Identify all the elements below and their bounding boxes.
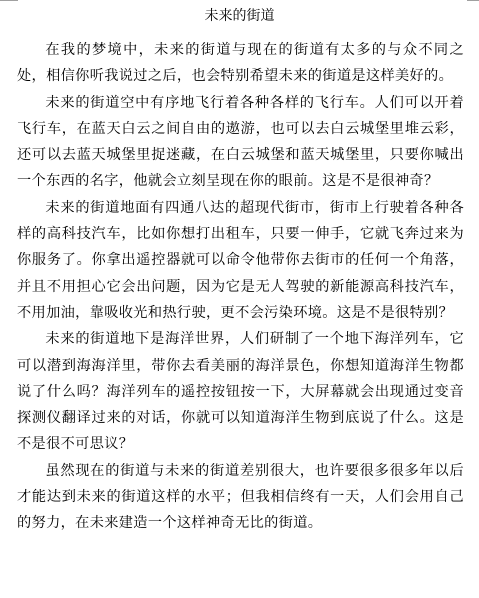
page-corner-mark-left xyxy=(0,0,18,1)
paragraph-conclusion: 虽然现在的街道与未来的街道差别很大，也许要很多很多年以后才能达到未来的街道这样的… xyxy=(17,458,464,537)
document-title: 未来的街道 xyxy=(0,7,479,25)
paragraph-underground: 未来的街道地下是海洋世界，人们研制了一个地下海洋列车，它可以潜到海海洋里，带你去… xyxy=(17,326,464,457)
paragraph-sky: 未来的街道空中有序地飞行着各种各样的飞行车。人们可以开着飞行车，在蓝天白云之间自… xyxy=(17,90,464,195)
document-body: 在我的梦境中，未来的街道与现在的街道有太多的与众不同之处，相信你听我说过之后，也… xyxy=(17,37,464,537)
page-corner-mark-right xyxy=(467,0,479,1)
paragraph-ground: 未来的街道地面有四通八达的超现代街市，街市上行驶着各种各样的高科技汽车，比如你想… xyxy=(17,195,464,326)
paragraph-intro: 在我的梦境中，未来的街道与现在的街道有太多的与众不同之处，相信你听我说过之后，也… xyxy=(17,37,464,90)
